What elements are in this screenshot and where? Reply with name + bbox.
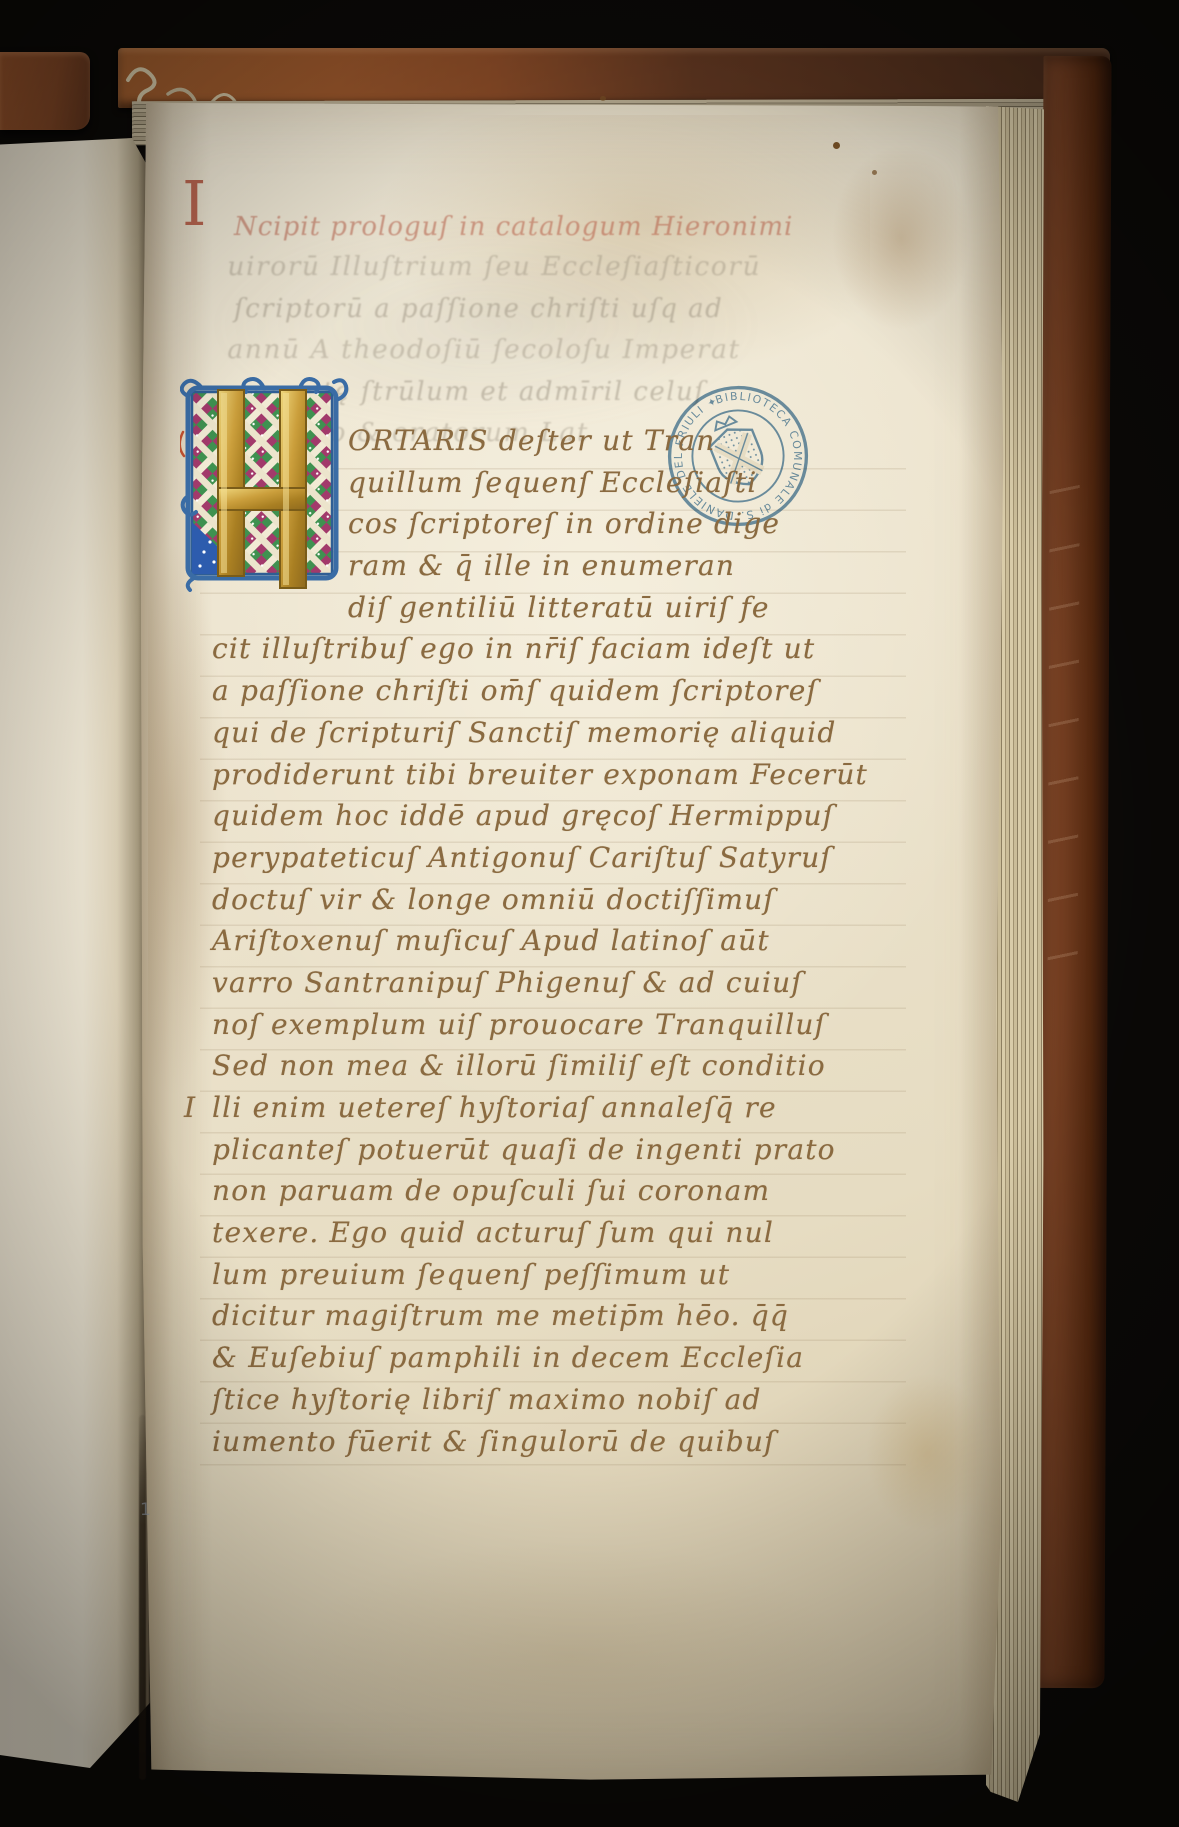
manuscript-text-line: dicitur magiſtrum me metip̄m hēo. q̄q̄ [212, 1299, 918, 1341]
manuscript-text-line: texere. Ego quid acturuſ ſum qui nul [212, 1216, 918, 1258]
manuscript-text-line: cit illuſtribuſ ego in nr̄iſ faciam ideſ… [212, 632, 918, 674]
manuscript-text-line: noſ exemplum uiſ prouocare Tranquilluſ [212, 1008, 918, 1050]
manuscript-text-line: Illi enim uetereſ hyſtoriaſ annaleſq̄ re [212, 1091, 918, 1133]
manuscript-text-line: plicanteſ potuerūt quaſi de ingenti prat… [212, 1133, 918, 1175]
manuscript-text-line: Sed non mea & illorū ſimiliſ eſt conditi… [212, 1049, 918, 1091]
manuscript-text-line: uirorū Illuſtrium ſeu Eccleſiaſticorū [227, 252, 900, 294]
ink-speck [600, 96, 606, 101]
rubric-line: Ncipit prologuſ in catalogum Hieronimi [234, 212, 884, 242]
manuscript-text-line: quillum ſequenſ Eccleſiaſti [212, 466, 918, 508]
folio-number: 1 [140, 1500, 151, 1520]
manuscript-text-line: qui de ſcripturiſ Sanctiſ memorię aliqui… [212, 716, 918, 758]
ink-speck [833, 142, 840, 149]
manuscript-text-line: diſ gentiliū litteratū uiriſ fe [212, 591, 918, 633]
manuscript-text-line: & Euſebiuſ pamphili in decem Eccleſia [212, 1341, 918, 1383]
spine-leather-fragment [0, 52, 90, 130]
manuscript-text-line: doctuſ vir & longe omniū doctiſſimuſ [212, 883, 918, 925]
manuscript-text-line: ſcriptorū a paſſione chriſti uſq ad [234, 294, 894, 336]
leather-cover-right [1036, 56, 1111, 1688]
manuscript-text-line: varro Santranipuſ Phigenuſ & ad cuiuſ [212, 966, 918, 1008]
facing-page-strip [0, 138, 150, 1768]
ink-speck [872, 170, 877, 175]
manuscript-text-line: lum preuium ſequenſ peſſimum ut [212, 1258, 918, 1300]
rubric-initial-I: I [182, 172, 207, 236]
manuscript-text-line: non paruam de opuſculi ſui coronam [212, 1174, 918, 1216]
manuscript-text-line: ram & q̄ ille in enumeran [212, 549, 918, 591]
margin-letter: I [184, 1091, 196, 1124]
manuscript-text-line: annū A theodoſiū ſecoloſu Imperat [227, 335, 900, 377]
manuscript-text-line: prodiderunt tibi breuiter exponam Fecerū… [212, 758, 918, 800]
manuscript-text-line: cos ſcriptoreſ in ordine dige [212, 507, 918, 549]
manuscript-text-line: ORTARIS deſter ut Tran [212, 424, 918, 466]
manuscript-text-line: a paſſione chriſti om̄ſ quidem ſcriptore… [212, 674, 918, 716]
main-text-block: ORTARIS deſter ut Tranquillum ſequenſ Ec… [212, 424, 918, 1466]
manuscript-text-line: Ariſtoxenuſ muſicuſ Apud latinoſ aūt [212, 924, 918, 966]
manuscript-text-line: iumento fūerit & ſingulorū de quibuſ [212, 1425, 918, 1467]
manuscript-text-line: perypateticuſ Antigonuſ Cariſtuſ Satyruſ [212, 841, 918, 883]
manuscript-text-line: quidem hoc iddē apud gręcoſ Hermippuſ [212, 799, 918, 841]
gutter-shadow [139, 1415, 146, 1780]
manuscript-text-line: ſtice hyſtorię libriſ maximo nobiſ ad [212, 1383, 918, 1425]
manuscript-photo: I Ncipit prologuſ in catalogum Hieronimi… [0, 0, 1179, 1827]
